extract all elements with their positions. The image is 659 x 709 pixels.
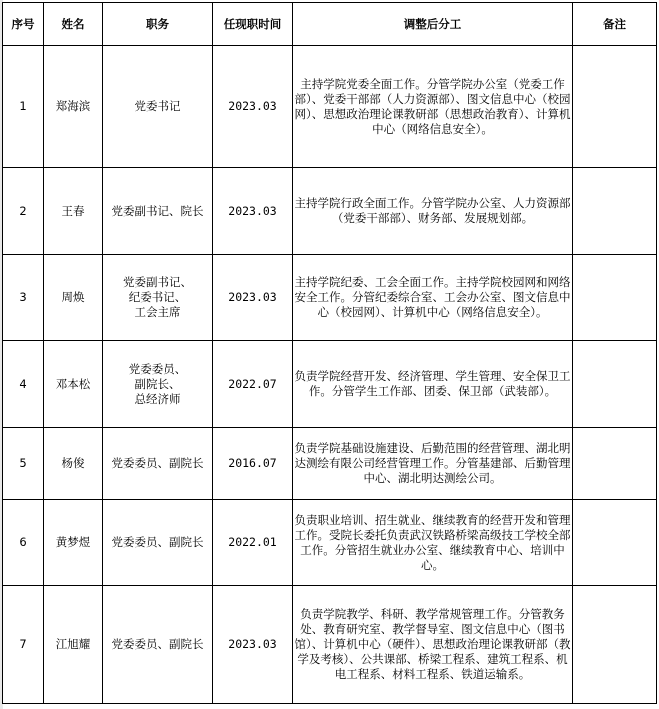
position-line: 党委委员、副院长	[103, 456, 212, 471]
cell-name: 黄梦煜	[44, 500, 103, 586]
header-remarks: 备注	[573, 3, 657, 46]
cell-index: 4	[3, 341, 44, 428]
header-index: 序号	[3, 3, 44, 46]
position-line: 党委委员、	[103, 362, 212, 377]
cell-remarks	[573, 255, 657, 341]
position-line: 党委副书记、院长	[103, 204, 212, 219]
cell-name: 王春	[44, 168, 103, 255]
position-line: 纪委书记、	[103, 290, 212, 305]
cell-remarks	[573, 500, 657, 586]
cell-position: 党委委员、 副院长、 总经济师	[103, 341, 213, 428]
cell-duties: 负责学院经营开发、经济管理、学生管理、安全保卫工作。分管学生工作部、团委、保卫部…	[293, 341, 573, 428]
cell-name: 周焕	[44, 255, 103, 341]
cell-position: 党委委员、副院长	[103, 428, 213, 500]
header-duties: 调整后分工	[293, 3, 573, 46]
cell-remarks	[573, 341, 657, 428]
cell-position: 党委书记	[103, 46, 213, 168]
cell-start-date: 2023.03	[213, 586, 293, 704]
cell-name: 江旭耀	[44, 586, 103, 704]
cell-position: 党委副书记、 纪委书记、 工会主席	[103, 255, 213, 341]
cell-duties: 主持学院行政全面工作。分管学院办公室、人力资源部（党委干部部）、财务部、发展规划…	[293, 168, 573, 255]
leadership-division-table: 序号 姓名 职务 任现职时间 调整后分工 备注 1 郑海滨 党委书记 2023.…	[2, 2, 657, 704]
cell-index: 5	[3, 428, 44, 500]
table-row: 4 邓本松 党委委员、 副院长、 总经济师 2022.07 负责学院经营开发、经…	[3, 341, 657, 428]
table-row: 2 王春 党委副书记、院长 2023.03 主持学院行政全面工作。分管学院办公室…	[3, 168, 657, 255]
cell-start-date: 2022.07	[213, 341, 293, 428]
header-position: 职务	[103, 3, 213, 46]
cell-remarks	[573, 168, 657, 255]
cell-duties: 负责职业培训、招生就业、继续教育的经营开发和管理工作。受院长委托负责武汉铁路桥梁…	[293, 500, 573, 586]
position-line: 党委委员、副院长	[103, 637, 212, 652]
cell-name: 郑海滨	[44, 46, 103, 168]
cell-start-date: 2023.03	[213, 255, 293, 341]
table-row: 3 周焕 党委副书记、 纪委书记、 工会主席 2023.03 主持学院纪委、工会…	[3, 255, 657, 341]
cell-index: 7	[3, 586, 44, 704]
cell-remarks	[573, 428, 657, 500]
cell-duties: 负责学院基础设施建设、后勤范围的经营管理、湖北明达测绘有限公司经营管理工作。分管…	[293, 428, 573, 500]
cell-position: 党委委员、副院长	[103, 586, 213, 704]
table-row: 6 黄梦煜 党委委员、副院长 2022.01 负责职业培训、招生就业、继续教育的…	[3, 500, 657, 586]
cell-name: 杨俊	[44, 428, 103, 500]
table-row: 7 江旭耀 党委委员、副院长 2023.03 负责学院教学、科研、教学常规管理工…	[3, 586, 657, 704]
cell-index: 1	[3, 46, 44, 168]
table-row: 5 杨俊 党委委员、副院长 2016.07 负责学院基础设施建设、后勤范围的经营…	[3, 428, 657, 500]
position-line: 副院长、	[103, 377, 212, 392]
table-row: 1 郑海滨 党委书记 2023.03 主持学院党委全面工作。分管学院办公室（党委…	[3, 46, 657, 168]
header-name: 姓名	[44, 3, 103, 46]
position-line: 党委书记	[103, 99, 212, 114]
cell-remarks	[573, 46, 657, 168]
cell-start-date: 2022.01	[213, 500, 293, 586]
position-line: 总经济师	[103, 392, 212, 407]
cell-start-date: 2016.07	[213, 428, 293, 500]
position-line: 党委副书记、	[103, 275, 212, 290]
position-line: 工会主席	[103, 305, 212, 320]
cell-duties: 主持学院纪委、工会全面工作。主持学院校园网和网络安全工作。分管纪委综合室、工会办…	[293, 255, 573, 341]
cell-name: 邓本松	[44, 341, 103, 428]
header-row: 序号 姓名 职务 任现职时间 调整后分工 备注	[3, 3, 657, 46]
cell-index: 2	[3, 168, 44, 255]
cell-duties: 主持学院党委全面工作。分管学院办公室（党委工作部）、党委干部部（人力资源部）、图…	[293, 46, 573, 168]
cell-position: 党委副书记、院长	[103, 168, 213, 255]
cell-remarks	[573, 586, 657, 704]
cell-index: 6	[3, 500, 44, 586]
cell-start-date: 2023.03	[213, 46, 293, 168]
position-line: 党委委员、副院长	[103, 535, 212, 550]
cell-start-date: 2023.03	[213, 168, 293, 255]
cell-index: 3	[3, 255, 44, 341]
cell-position: 党委委员、副院长	[103, 500, 213, 586]
cell-duties: 负责学院教学、科研、教学常规管理工作。分管教务处、教育研究室、教学督导室、图文信…	[293, 586, 573, 704]
header-start-date: 任现职时间	[213, 3, 293, 46]
